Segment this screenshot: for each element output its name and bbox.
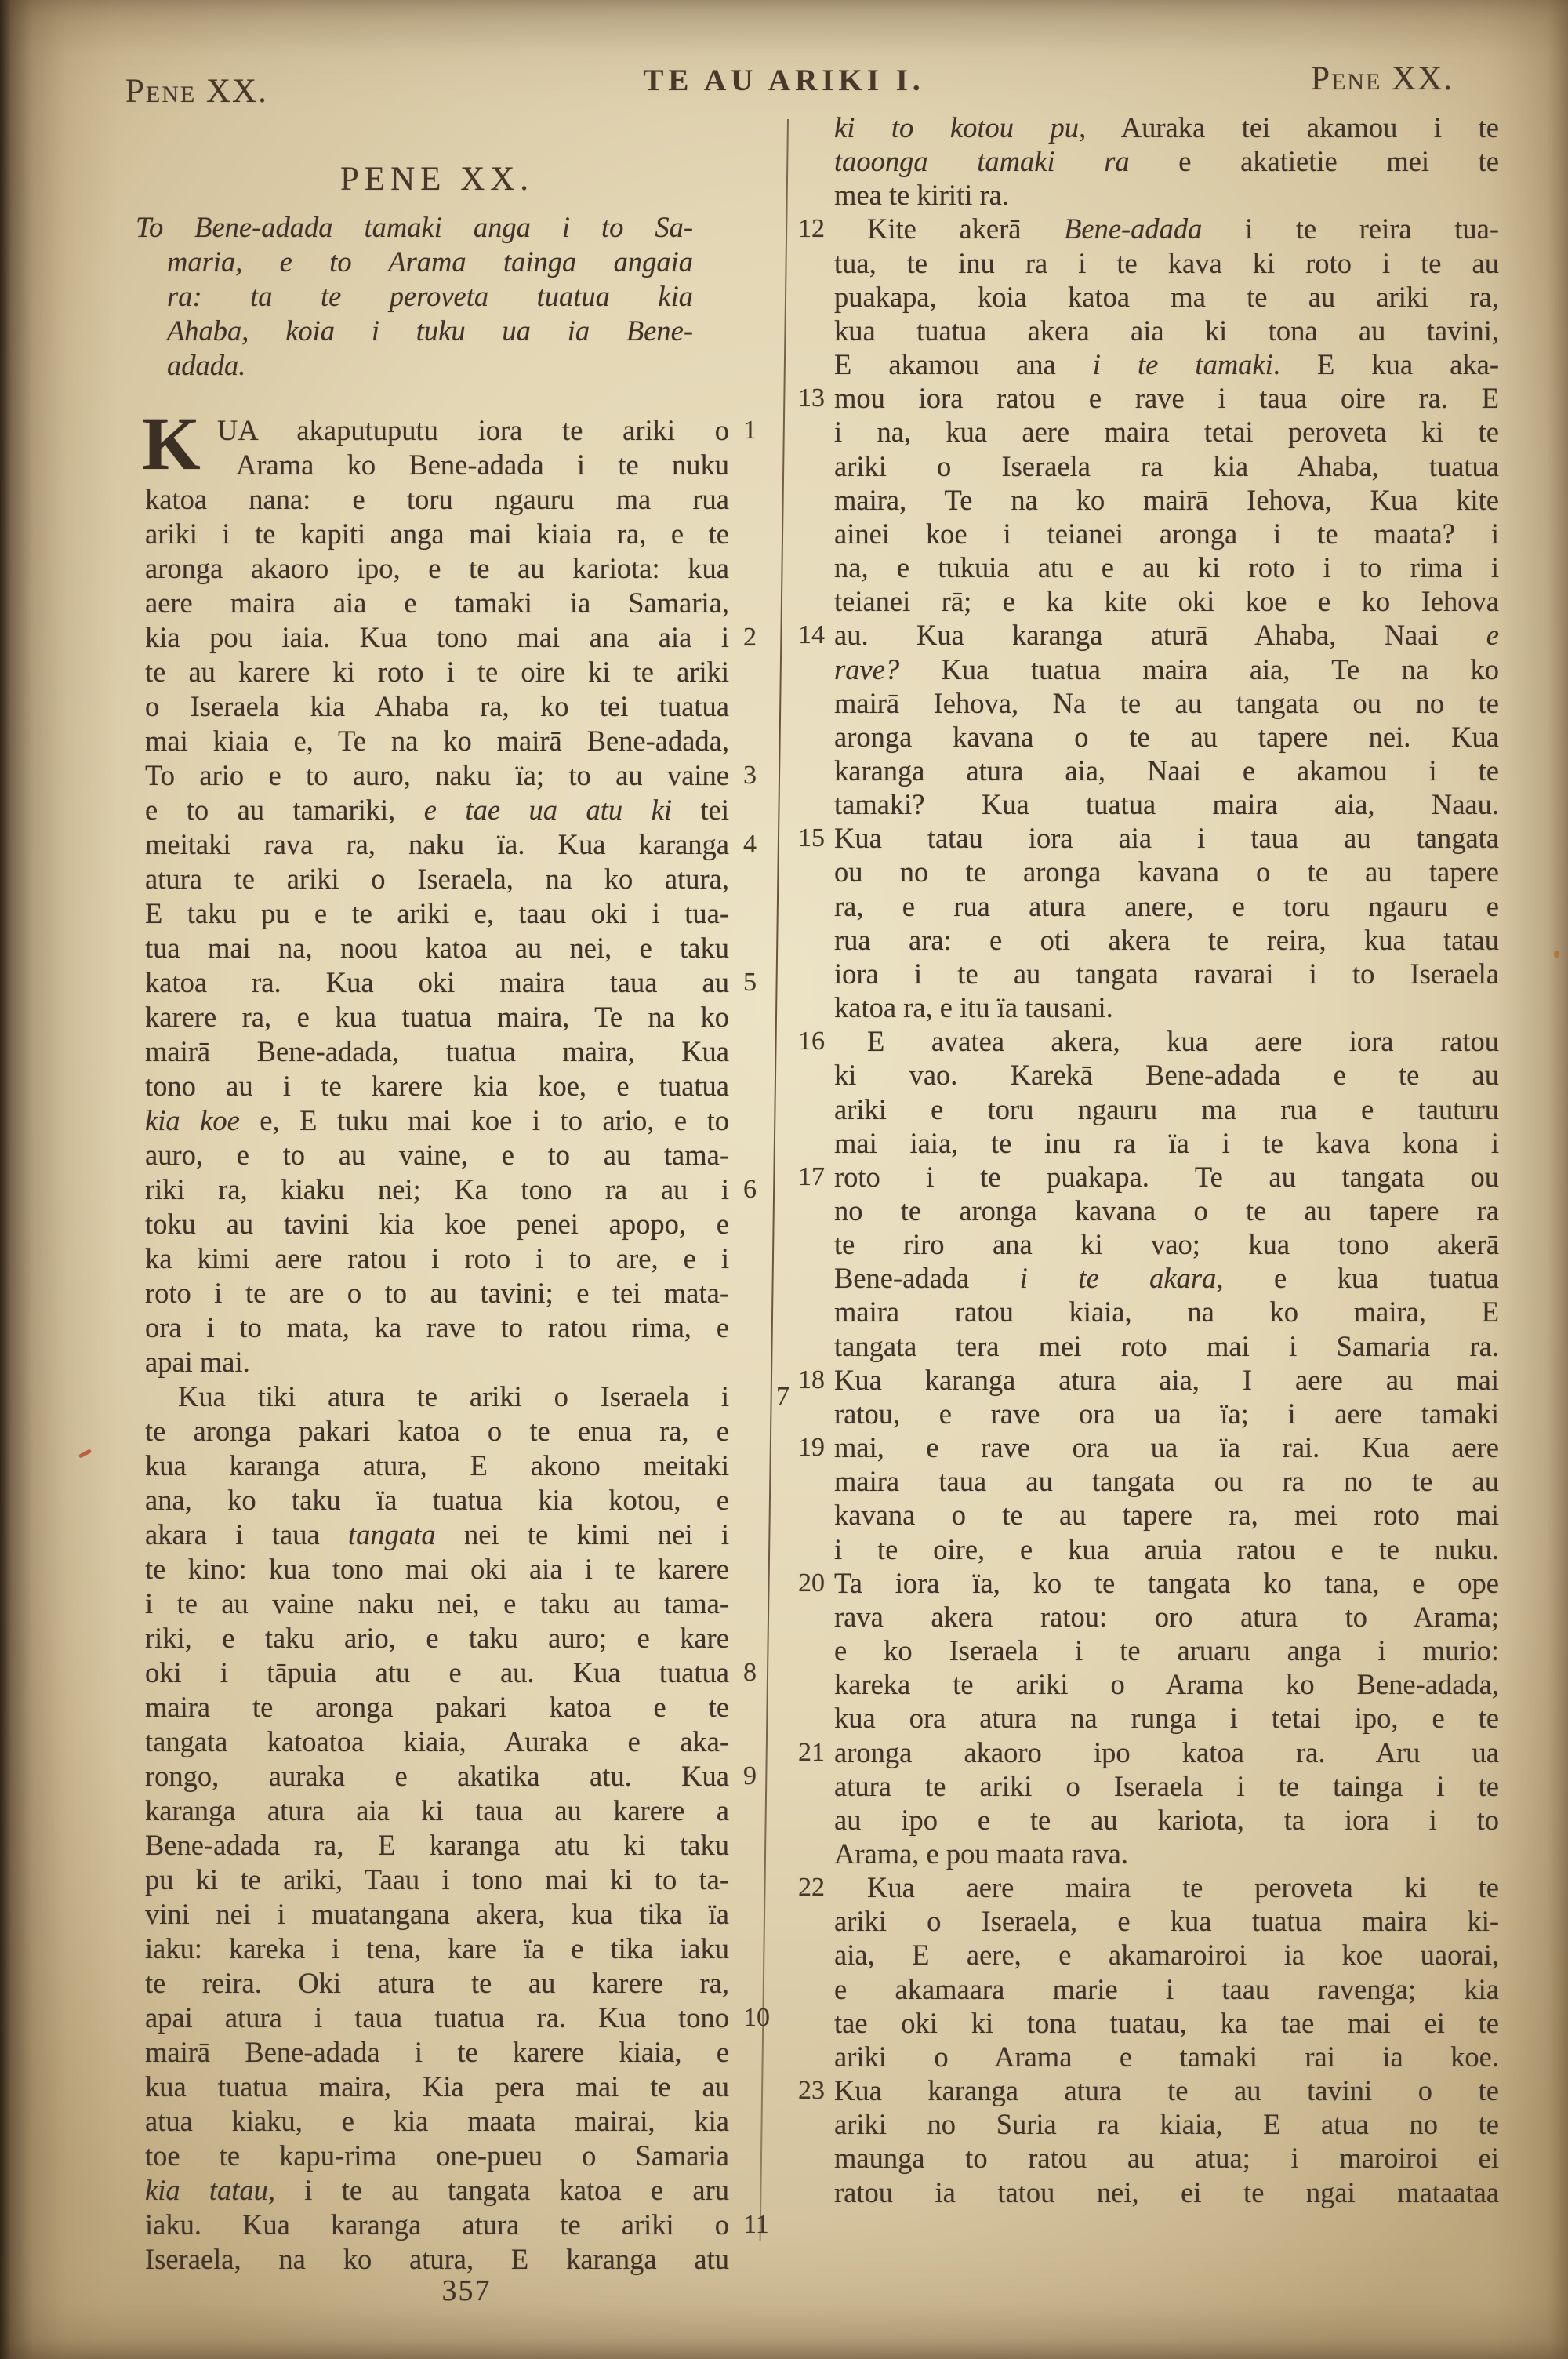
- verse-line: kia koe e, E tuku mai koe i to ario, e t…: [145, 1103, 729, 1138]
- red-ink-mark: [78, 1448, 92, 1458]
- chapter-heading: PENE XX.: [145, 160, 729, 198]
- verse-text-left: K 1UA akaputuputu iora te ariki oArama k…: [145, 413, 729, 2277]
- verse-line: 23Kua karanga atura te au tavini o te: [834, 2074, 1499, 2107]
- verse-line: kua tuatua akera aia ki tona au tavini,: [834, 314, 1499, 347]
- verse-line: e ko Iseraela i te aruaru anga i murio:: [834, 1634, 1499, 1667]
- verse-line: iora i te au tangata ravarai i to Iserae…: [834, 957, 1499, 990]
- verse-line: roto i te are o to au tavini; e tei mata…: [145, 1276, 729, 1310]
- verse-line: kua tuatua maira, Kia pera mai te au: [145, 2070, 729, 2104]
- verse-number: 17: [798, 1160, 825, 1194]
- verse-number: 21: [798, 1736, 825, 1769]
- page-number: 357: [368, 2274, 564, 2308]
- verse-line: toe te kapu-rima one-pueu o Samaria: [145, 2139, 729, 2173]
- column-divider-rule: [760, 119, 789, 2241]
- verse-line: karanga atura aia, Naai e akamou i te: [834, 754, 1499, 787]
- verse-number: 1: [743, 413, 757, 448]
- verse-line: apai mai.: [145, 1345, 729, 1379]
- verse-line: aronga kavana o te au tapere nei. Kua: [834, 720, 1499, 754]
- verse-line: Arama, e pou maata rava.: [834, 1837, 1499, 1870]
- verse-number: 19: [798, 1430, 825, 1464]
- verse-line: tamaki? Kua tuatua maira aia, Naau.: [834, 787, 1499, 821]
- verse-line: e to au tamariki, e tae ua atu ki tei: [145, 793, 729, 827]
- verse-number: 6: [743, 1172, 757, 1207]
- verse-line: 10apai atura i taua tuatua ra. Kua tono: [145, 2001, 729, 2035]
- verse-line: riki, e taku ario, e taku auro; e kare: [145, 1621, 729, 1656]
- verse-line: toku au tavini kia koe penei apopo, e: [145, 1207, 729, 1241]
- verse-line: 12Kite akerā Bene-adada i te reira tua-: [834, 212, 1499, 245]
- verse-line: katoa ra, e itu ïa tausani.: [834, 990, 1499, 1024]
- verse-line: 13mou iora ratou e rave i taua oire ra. …: [834, 381, 1499, 415]
- verse-line: taoonga tamaki ra e akatietie mei te: [834, 144, 1499, 178]
- verse-line: ariki i te kapiti anga mai kiaia ra, e t…: [145, 517, 729, 551]
- verse-line: ainei koe i teianei aronga i te maata? i: [834, 517, 1499, 551]
- verse-line: ki vao. Karekā Bene-adada e te au: [834, 1058, 1499, 1092]
- verse-line: i te au vaine naku nei, e taku au tama-: [145, 1587, 729, 1621]
- left-column: PENE XX. To Bene-adada tamaki anga i to …: [145, 0, 729, 2359]
- verse-line: aronga akaoro ipo, e te au kariota: kua: [145, 551, 729, 586]
- orange-speck: [1554, 951, 1559, 958]
- summary-line: maria, e to Arama tainga angaia: [167, 245, 693, 279]
- verse-number: 3: [743, 758, 757, 793]
- verse-line: vini nei i muatangana akera, kua tika ïa: [145, 1897, 729, 1932]
- verse-line: ana, ko taku ïa tuatua kia kotou, e: [145, 1483, 729, 1518]
- verse-line: ratou, e rave ora ua ïa; i aere tamaki: [834, 1397, 1499, 1430]
- verse-line: maira te aronga pakari katoa e te: [145, 1690, 729, 1725]
- verse-line: te au karere ki roto i te oire ki te ari…: [145, 655, 729, 689]
- verse-line: mairā Iehova, Na te au tangata ou no te: [834, 686, 1499, 720]
- verse-line: katoa nana: e toru ngauru ma rua: [145, 482, 729, 517]
- verse-number: 5: [743, 965, 757, 1000]
- verse-line: atua kiaku, e kia maata mairai, kia: [145, 2104, 729, 2139]
- verse-number: 22: [765, 1870, 825, 1904]
- verse-line: tangata katoatoa kiaia, Auraka e aka-: [145, 1725, 729, 1759]
- verse-line: 16E avatea akera, kua aere iora ratou: [834, 1024, 1499, 1058]
- verse-line: aere maira aia e tamaki ia Samaria,: [145, 586, 729, 620]
- verse-number: 14: [798, 618, 825, 652]
- verse-line: maira ratou kiaia, na ko maira, E: [834, 1295, 1499, 1329]
- verse-line: E taku pu e te ariki e, taau oki i tua-: [145, 896, 729, 931]
- verse-line: 21aronga akaoro ipo katoa ra. Aru ua: [834, 1736, 1499, 1769]
- verse-line: te riro ana ki vao; kua tono akerā: [834, 1227, 1499, 1261]
- chapter-summary: To Bene-adada tamaki anga i to Sa-maria,…: [167, 210, 693, 383]
- verse-line: te kino: kua tono mai oki aia i te karer…: [145, 1552, 729, 1587]
- verse-line: aia, E aere, e akamaroiroi ia koe uaorai…: [834, 1938, 1499, 1972]
- verse-line: tono au i te karere kia koe, e tuatua: [145, 1069, 729, 1103]
- verse-line: puakapa, koia katoa ma te au ariki ra,: [834, 280, 1499, 314]
- verse-line: i te oire, e kua aruia ratou e te nuku.: [834, 1532, 1499, 1566]
- verse-number: 4: [743, 827, 757, 862]
- verse-line: ariki o Iseraela, e kua tuatua maira ki-: [834, 1904, 1499, 1938]
- verse-line: Arama ko Bene-adada i te nuku: [145, 448, 729, 482]
- verse-line: akara i taua tangata nei te kimi nei i: [145, 1518, 729, 1552]
- verse-line: karere ra, e kua tuatua maira, Te na ko: [145, 1000, 729, 1034]
- verse-number: 2: [743, 620, 757, 655]
- verse-number: 23: [798, 2074, 825, 2107]
- verse-number: 12: [765, 212, 825, 245]
- verse-line: rave? Kua tuatua maira aia, Te na ko: [834, 652, 1499, 686]
- verse-line: 19mai, e rave ora ua ïa rai. Kua aere: [834, 1430, 1499, 1464]
- verse-line: maira taua au tangata ou ra no te au: [834, 1464, 1499, 1498]
- verse-text-right: ki to kotou pu, Auraka tei akamou i teta…: [834, 111, 1499, 2209]
- verse-number: 10: [743, 2001, 770, 2035]
- verse-line: mairā Bene-adada, tuatua maira, Kua: [145, 1034, 729, 1069]
- verse-line: te aronga pakari katoa o te enua ra, e: [145, 1414, 729, 1448]
- verse-line: no te aronga kavana o te au tapere ra: [834, 1194, 1499, 1227]
- verse-line: 5katoa ra. Kua oki maira taua au: [145, 965, 729, 1000]
- verse-line: ariki e toru ngauru ma rua e tauturu: [834, 1092, 1499, 1126]
- verse-line: mairā Bene-adada i te karere kiaia, e: [145, 2035, 729, 2070]
- verse-line: tangata tera mei roto mai i Samaria ra.: [834, 1329, 1499, 1363]
- verse-line: 9rongo, auraka e akatika atu. Kua: [145, 1759, 729, 1794]
- verse-line: kia tatau, i te au tangata katoa e aru: [145, 2173, 729, 2208]
- verse-line: rava akera ratou: oro atura to Arama;: [834, 1600, 1499, 1634]
- verse-line: karanga atura aia ki taua au karere a: [145, 1794, 729, 1828]
- verse-line: mai iaia, te inu ra ïa i te kava kona i: [834, 1126, 1499, 1160]
- verse-line: pu ki te ariki, Taau i tono mai ki to ta…: [145, 1863, 729, 1897]
- verse-line: 2kia pou iaia. Kua tono mai ana aia i: [145, 620, 729, 655]
- verse-line: te reira. Oki atura te au karere ra,: [145, 1966, 729, 2001]
- verse-line: au ipo e te au kariota, ta iora i to: [834, 1803, 1499, 1837]
- verse-line: tae oki ki tona tuatau, ka tae mai ei te: [834, 2006, 1499, 2040]
- verse-number: 13: [798, 381, 825, 415]
- verse-line: tua mai na, noou katoa au nei, e taku: [145, 931, 729, 965]
- verse-line: rua ara: e oti akera te reira, kua tatau: [834, 923, 1499, 957]
- verse-line: o Iseraela kia Ahaba ra, ko tei tuatua: [145, 689, 729, 724]
- verse-line: ora i to mata, ka rave to ratou rima, e: [145, 1310, 729, 1345]
- verse-line: ratou ia tatou nei, ei te ngai mataataa: [834, 2175, 1499, 2209]
- verse-line: iaku: kareka i tena, kare ïa e tika iaku: [145, 1932, 729, 1966]
- verse-line: ra, e rua atura anere, e toru ngauru e: [834, 889, 1499, 923]
- verse-line: e akamaara marie i taau ravenga; kia: [834, 1972, 1499, 2006]
- summary-line: ra: ta te peroveta tuatua kia: [167, 279, 693, 314]
- verse-line: 15Kua tatau iora aia i taua au tangata: [834, 821, 1499, 855]
- verse-line: 14au. Kua karanga aturā Ahaba, Naai e: [834, 618, 1499, 652]
- verse-line: maira, Te na ko mairā Iehova, Kua kite: [834, 483, 1499, 517]
- scanned-book-page: Pene XX. TE AU ARIKI I. Pene XX. PENE XX…: [0, 0, 1568, 2359]
- verse-line: 18Kua karanga atura aia, I aere au mai: [834, 1363, 1499, 1397]
- verse-line: ka kimi aere ratou i roto i to are, e i: [145, 1241, 729, 1276]
- verse-line: mea te kiriti ra.: [834, 178, 1499, 212]
- verse-line: 6riki ra, kiaku nei; Ka tono ra au i: [145, 1172, 729, 1207]
- verse-line: mai kiaia e, Te na ko mairā Bene-adada,: [145, 724, 729, 758]
- verse-line: kareka te ariki o Arama ko Bene-adada,: [834, 1667, 1499, 1701]
- verse-line: 22Kua aere maira te peroveta ki te: [834, 1870, 1499, 1904]
- verse-line: atura te ariki o Iseraela, na ko atura,: [145, 862, 729, 896]
- verse-line: Bene-adada i te akara, e kua tuatua: [834, 1261, 1499, 1295]
- verse-line: 3To ario e to auro, naku ïa; to au vaine: [145, 758, 729, 793]
- verse-number: 9: [743, 1759, 757, 1794]
- verse-line: ariki o Arama e tamaki rai ia koe.: [834, 2040, 1499, 2074]
- verse-line: ariki o Iseraela ra kia Ahaba, tuatua: [834, 449, 1499, 483]
- verse-line: atura te ariki o Iseraela i te tainga i …: [834, 1769, 1499, 1803]
- verse-number: 11: [743, 2208, 769, 2242]
- verse-number: 20: [798, 1566, 825, 1600]
- verse-number: 8: [743, 1656, 757, 1690]
- verse-number: 18: [798, 1363, 825, 1397]
- verse-number: 7: [743, 1379, 789, 1414]
- verse-line: 17roto i te puakapa. Te au tangata ou: [834, 1160, 1499, 1194]
- verse-line: kavana o te au tapere ra, mei roto mai: [834, 1498, 1499, 1532]
- verse-line: 4meitaki rava ra, naku ïa. Kua karanga: [145, 827, 729, 862]
- verse-line: auro, e to au vaine, e to au tama-: [145, 1138, 729, 1172]
- verse-line: 7Kua tiki atura te ariki o Iseraela i: [145, 1379, 729, 1414]
- verse-line: Bene-adada ra, E karanga atu ki taku: [145, 1828, 729, 1863]
- verse-line: ou no te aronga kavana o te au tapere: [834, 855, 1499, 889]
- verse-line: 8oki i tāpuia atu e au. Kua tuatua: [145, 1656, 729, 1690]
- verse-number: 15: [798, 821, 825, 855]
- verse-line: 20Ta iora ïa, ko te tangata ko tana, e o…: [834, 1566, 1499, 1600]
- summary-line: To Bene-adada tamaki anga i to Sa-: [167, 210, 693, 245]
- verse-line: i na, kua aere maira tetai peroveta ki t…: [834, 415, 1499, 449]
- verse-line: 11iaku. Kua karanga atura te ariki o: [145, 2208, 729, 2242]
- verse-line: maunga to ratou au atua; i maroiroi ei: [834, 2141, 1499, 2175]
- summary-line: adada.: [167, 348, 693, 383]
- verse-line: na, e tukuia atu e au ki roto i to rima …: [834, 551, 1499, 584]
- verse-line: kua karanga atura, E akono meitaki: [145, 1448, 729, 1483]
- verse-number: 16: [765, 1024, 825, 1058]
- verse-line: Iseraela, na ko atura, E karanga atu: [145, 2242, 729, 2277]
- verse-line: ariki no Suria ra kiaia, E atua no te: [834, 2107, 1499, 2141]
- right-column: ki to kotou pu, Auraka tei akamou i teta…: [834, 0, 1499, 2359]
- summary-line: Ahaba, koia i tuku ua ia Bene-: [167, 314, 693, 348]
- verse-line: tua, te inu ra i te kava ki roto i te au: [834, 246, 1499, 280]
- verse-line: E akamou ana i te tamaki. E kua aka-: [834, 347, 1499, 381]
- verse-line: 1UA akaputuputu iora te ariki o: [145, 413, 729, 448]
- verse-line: teianei rā; e ka kite oki koe e ko Iehov…: [834, 584, 1499, 618]
- verse-line: ki to kotou pu, Auraka tei akamou i te: [834, 111, 1499, 144]
- verse-line: kua ora atura na runga i tetai ipo, e te: [834, 1701, 1499, 1735]
